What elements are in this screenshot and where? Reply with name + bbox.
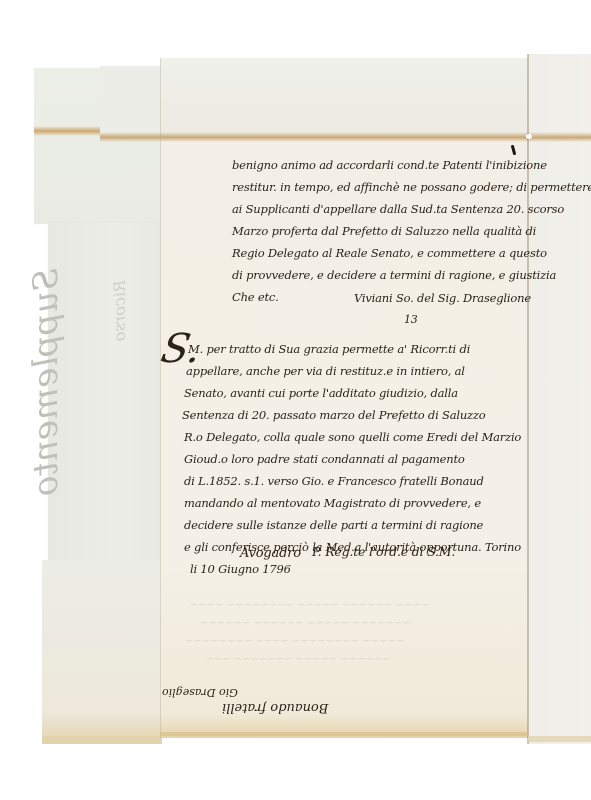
left-flap-lower-panel [42, 560, 162, 740]
date-line-visible: li 10 Giugno 1796 [190, 562, 291, 576]
left-flap-faint-text: Ricorso [110, 280, 129, 341]
text-line: Senato, avanti cui porte l'additato giud… [184, 386, 458, 400]
bleed-through-text: ~~~~~ ~~~~~~~~ ~~~~ ~~~~~~~~ [185, 636, 404, 647]
text-line: di provvedere, e decidere a termini di r… [232, 268, 556, 282]
left-flap-stained-edge [42, 736, 162, 744]
page-number: 13 [404, 313, 418, 326]
text-line: M. per tratto di Sua grazia permette a' … [188, 342, 470, 356]
bleed-through-text: ~~~~~~~ ~~~~~ ~~~~~~ ~~~~~~ [200, 618, 411, 629]
text-line: Sentenza di 20. passato marzo del Prefet… [182, 408, 486, 422]
text-line: Gioud.o loro padre stati condannati al p… [184, 452, 465, 466]
text-line: appellare, anche per via di restituz.e i… [186, 364, 465, 378]
text-line: Marzo proferta dal Prefetto di Saluzzo n… [232, 224, 536, 238]
left-vertical-fold [160, 58, 161, 738]
text-line: Che etc. [232, 290, 279, 304]
main-page-bottom-edge [160, 732, 528, 736]
text-line: restitur. in tempo, ed affinchè ne possa… [232, 180, 591, 194]
docket-inverted-line-1: Bonaudo fratelli [222, 700, 328, 715]
text-line: ai Supplicanti d'appellare dalla Sud.ta … [232, 202, 564, 216]
signature-title: P. Reg.te l'ord.e di S.M. [312, 544, 455, 559]
text-line: Regio Delegato al Reale Senato, e commet… [232, 246, 547, 260]
top-fold-strip [160, 58, 528, 138]
top-fold-left-strip [100, 66, 160, 138]
text-line: mandando al mentovato Magistrato di prov… [184, 496, 481, 510]
left-flap-mirrored-text: Supplemento [26, 268, 66, 496]
signature-viviani: Viviani So. del Sig. Draseglione [354, 291, 531, 305]
text-line: benigno animo ad accordarli cond.te Pate… [232, 158, 547, 172]
docket-inverted-line-2: Gio Draseglio [162, 686, 238, 699]
horizontal-fold-stain [100, 132, 591, 142]
text-line: R.o Delegato, colla quale sono quelli co… [184, 430, 521, 444]
fold-hole [526, 134, 532, 139]
signature-avogadro: Avogadro [240, 546, 301, 561]
bleed-through-text: ~~~~ ~~~~~~ ~~~~~ ~~~~~~~~ ~~~~ [190, 600, 429, 611]
text-line: decidere sulle istanze delle parti a ter… [184, 518, 483, 532]
text-line: di L.1852. s.1. verso Gio. e Francesco f… [184, 474, 484, 488]
bleed-through-text: ~~~~~~ ~~~~~ ~~~~~~~ ~~~ [205, 654, 391, 665]
right-flap-bottom-edge [528, 736, 591, 742]
